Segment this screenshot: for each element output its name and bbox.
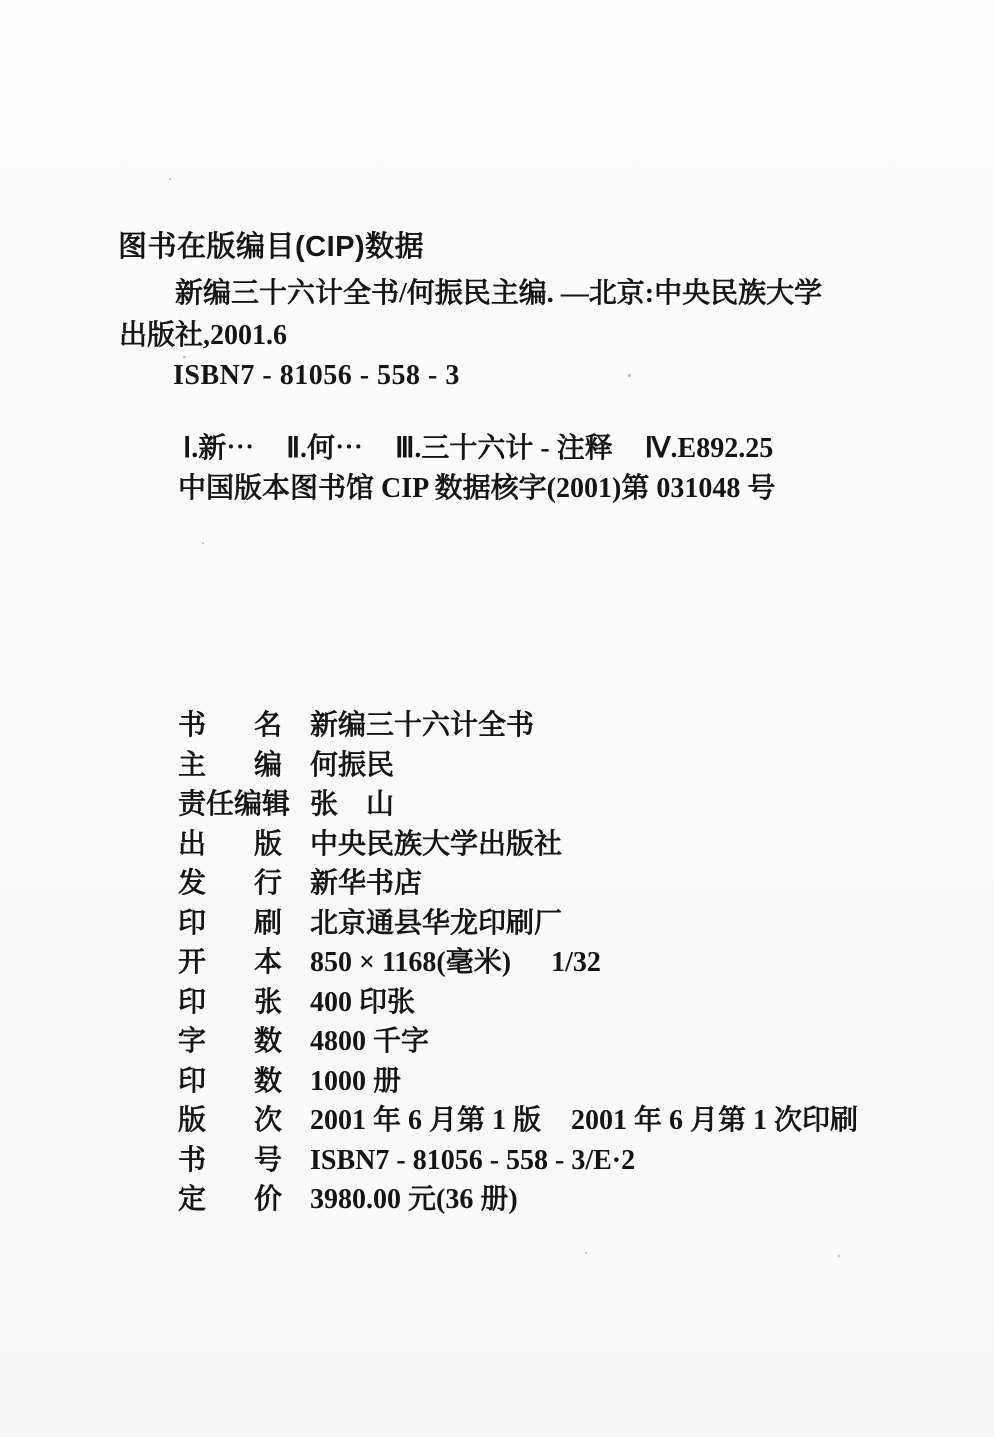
cip-record-number: 中国版本图书馆 CIP 数据核字(2001)第 031048 号 (178, 472, 775, 506)
cip-class-3: Ⅲ.三十六计 - 注释 (395, 432, 613, 466)
row-label-title: 书名 (178, 705, 282, 745)
colophon-row-book-number: 书号 ISBN7 - 81056 - 558 - 3/E·2 (178, 1140, 858, 1180)
colophon-row-price: 定价 3980.00 元(36 册) (178, 1179, 858, 1219)
cip-entry-line2: 出版社,2001.6 (119, 319, 287, 353)
colophon-row-title: 书名 新编三十六计全书 (178, 705, 858, 745)
colophon-table: 书名 新编三十六计全书 主编 何振民 责任编辑 张 山 出版 中央民族大学出版社… (178, 705, 858, 1219)
row-label-format: 开本 (178, 942, 282, 982)
row-value-sheets: 400 印张 (310, 983, 415, 1023)
colophon-row-publisher: 出版 中央民族大学出版社 (178, 824, 858, 864)
row-value-printer: 北京通县华龙印刷厂 (310, 904, 562, 944)
scan-speck (628, 374, 631, 377)
scan-speck (838, 1255, 840, 1257)
colophon-row-edition: 版次 2001 年 6 月第 1 版 2001 年 6 月第 1 次印刷 (178, 1100, 858, 1140)
row-value-edition-printing: 2001 年 6 月第 1 次印刷 (571, 1101, 858, 1141)
row-value-title: 新编三十六计全书 (310, 705, 534, 745)
row-value-book-number: ISBN7 - 81056 - 558 - 3/E·2 (310, 1141, 635, 1181)
row-value-publisher: 中央民族大学出版社 (310, 825, 562, 865)
colophon-row-print-run: 印数 1000 册 (178, 1061, 858, 1101)
row-label-price: 定价 (178, 1179, 282, 1219)
row-value-edition: 2001 年 6 月第 1 版 (310, 1101, 541, 1141)
colophon-row-word-count: 字数 4800 千字 (178, 1021, 858, 1061)
row-label-distributor: 发行 (178, 863, 282, 903)
colophon-row-printer: 印刷 北京通县华龙印刷厂 (178, 903, 858, 943)
row-value-responsible-editor: 张 山 (310, 785, 394, 825)
row-label-word-count: 字数 (178, 1021, 282, 1061)
row-value-distributor: 新华书店 (310, 864, 422, 904)
cip-classification: Ⅰ.新⋯ Ⅱ.何⋯ Ⅲ.三十六计 - 注释 Ⅳ.E892.25 (183, 432, 773, 466)
row-label-sheets: 印张 (178, 982, 282, 1022)
row-value-format: 850 × 1168(毫米) (310, 943, 511, 983)
cip-class-4: Ⅳ.E892.25 (645, 432, 774, 466)
row-label-responsible-editor: 责任编辑 (178, 784, 282, 824)
scanned-copyright-page: 图书在版编目(CIP)数据 新编三十六计全书/何振民主编. —北京:中央民族大学… (0, 0, 994, 1437)
colophon-row-distributor: 发行 新华书店 (178, 863, 858, 903)
colophon-row-format: 开本 850 × 1168(毫米) 1/32 (178, 942, 858, 982)
row-value-word-count: 4800 千字 (310, 1022, 429, 1062)
cip-class-1: Ⅰ.新⋯ (183, 432, 254, 466)
row-label-printer: 印刷 (178, 903, 282, 943)
row-value-editor: 何振民 (310, 746, 394, 786)
row-label-editor: 主编 (178, 745, 282, 785)
colophon-row-responsible-editor: 责任编辑 张 山 (178, 784, 858, 824)
row-value-price: 3980.00 元(36 册) (310, 1180, 518, 1220)
row-label-edition: 版次 (178, 1100, 282, 1140)
colophon-row-sheets: 印张 400 印张 (178, 982, 858, 1022)
row-value-format-fraction: 1/32 (551, 943, 601, 983)
colophon-row-editor: 主编 何振民 (178, 745, 858, 785)
row-label-book-number: 书号 (178, 1140, 282, 1180)
cip-class-2: Ⅱ.何⋯ (286, 432, 363, 466)
scan-speck (202, 542, 204, 544)
row-label-publisher: 出版 (178, 824, 282, 864)
cip-isbn: ISBN7 - 81056 - 558 - 3 (173, 359, 460, 393)
cip-heading: 图书在版编目(CIP)数据 (118, 230, 424, 264)
scan-speck (169, 178, 171, 180)
row-value-print-run: 1000 册 (310, 1062, 401, 1102)
cip-entry-line1: 新编三十六计全书/何振民主编. —北京:中央民族大学 (175, 277, 822, 311)
scan-speck (183, 356, 186, 358)
row-label-print-run: 印数 (178, 1061, 282, 1101)
scan-speck (585, 1252, 587, 1254)
